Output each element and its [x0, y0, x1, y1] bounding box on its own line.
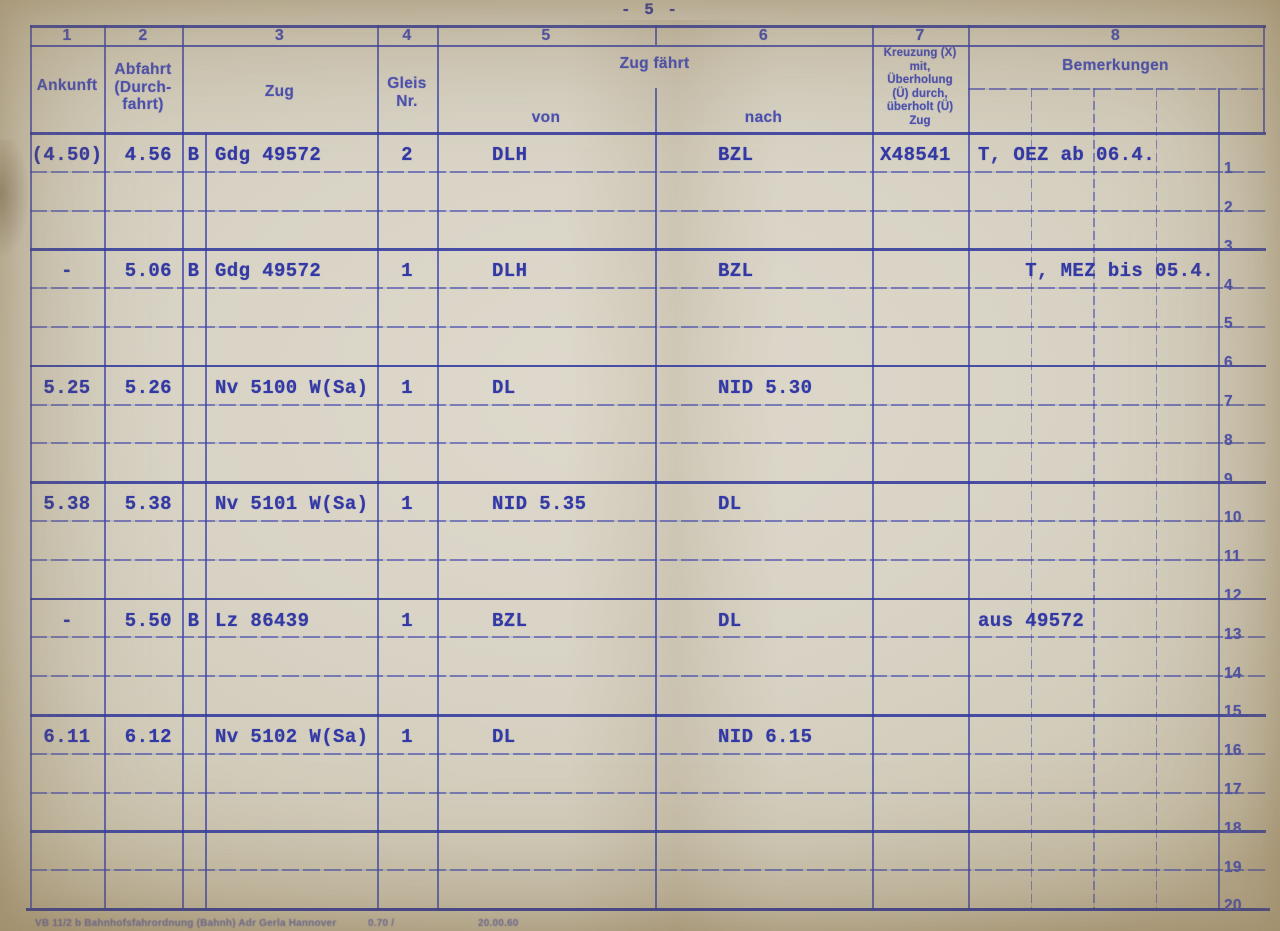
- table-row: 19: [30, 831, 1266, 870]
- cell-zug: Gdg 49572: [205, 133, 377, 172]
- cell-von: DLH: [437, 133, 655, 172]
- cell-gleis: 1: [377, 482, 437, 521]
- header-ankunft: Ankunft: [30, 77, 104, 95]
- table-row: (4.50)4.56BGdg 495722DLHBZLX48541T, OEZ …: [30, 133, 1266, 172]
- cell-zug: Nv 5102 W(Sa): [205, 715, 377, 754]
- grid-vline: [655, 25, 657, 45]
- column-number-8: 8: [968, 25, 1263, 45]
- cell-gleis: 1: [377, 366, 437, 405]
- cell-abfahrt: 5.38: [104, 482, 182, 521]
- cell-b: B: [182, 599, 205, 638]
- table-row: 2: [30, 172, 1266, 211]
- table-row: 20: [30, 870, 1266, 909]
- cell-von: DLH: [437, 249, 655, 288]
- cell-zug: Gdg 49572: [205, 249, 377, 288]
- table-row: 3: [30, 211, 1266, 250]
- cell-gleis: 1: [377, 249, 437, 288]
- page-number: - 5 -: [595, 1, 705, 19]
- cell-abfahrt: 5.26: [104, 366, 182, 405]
- header-abfahrt: Abfahrt (Durch- fahrt): [104, 61, 182, 114]
- header-zug: Zug: [182, 83, 377, 101]
- table-row: 15: [30, 676, 1266, 715]
- column-number-2: 2: [104, 25, 182, 45]
- cell-bemerkung: aus 49572: [968, 599, 1264, 638]
- timetable-form-table: 1 2 3 4 5 6 7 8 Ankunft Abfahrt (Durch- …: [30, 25, 1266, 931]
- cell-von: NID 5.35: [437, 482, 655, 521]
- grid-hline: [30, 45, 1263, 47]
- column-number-6: 6: [655, 25, 872, 45]
- cell-nach: DL: [655, 482, 872, 521]
- column-number-3: 3: [182, 25, 377, 45]
- table-row: 5.255.26Nv 5100 W(Sa)1DLNID 5.307: [30, 366, 1266, 405]
- cell-nach: NID 5.30: [655, 366, 872, 405]
- column-number-1: 1: [30, 25, 104, 45]
- header-zug-faehrt: Zug fährt: [437, 55, 872, 73]
- header-von: von: [437, 109, 655, 127]
- table-row: 8: [30, 405, 1266, 444]
- table-row: 5: [30, 288, 1266, 327]
- scanned-railway-timetable-page: { "page": { "number_label": "- 5 -" }, "…: [0, 0, 1280, 931]
- header-kreuzung-ueberholung: Kreuzung (X) mit, Überholung (Ü) durch, …: [872, 47, 968, 129]
- cell-ankunft: -: [30, 249, 104, 288]
- table-row: 9: [30, 443, 1266, 482]
- cell-ankunft: 5.25: [30, 366, 104, 405]
- table-row: 5.385.38Nv 5101 W(Sa)1NID 5.35DL10: [30, 482, 1266, 521]
- cell-abfahrt: 4.56: [104, 133, 182, 172]
- column-number-7: 7: [872, 25, 968, 45]
- column-number-5: 5: [437, 25, 655, 45]
- cell-gleis: 1: [377, 715, 437, 754]
- column-number-4: 4: [377, 25, 437, 45]
- cell-ankunft: 5.38: [30, 482, 104, 521]
- cell-zug: Lz 86439: [205, 599, 377, 638]
- cell-abfahrt: 6.12: [104, 715, 182, 754]
- grid-hline: [968, 88, 1263, 90]
- cell-gleis: 1: [377, 599, 437, 638]
- grid-hline: [30, 25, 1266, 28]
- cell-nach: DL: [655, 599, 872, 638]
- cell-von: DL: [437, 366, 655, 405]
- cell-von: BZL: [437, 599, 655, 638]
- cell-abfahrt: 5.50: [104, 599, 182, 638]
- header-nach: nach: [655, 109, 872, 127]
- cell-b: B: [182, 249, 205, 288]
- form-imprint-price: 0.70 /: [368, 918, 394, 929]
- cell-ankunft: -: [30, 599, 104, 638]
- table-row: 14: [30, 637, 1266, 676]
- cell-bemerkung: T, OEZ ab 06.4.: [968, 133, 1264, 172]
- row-number: 20: [1224, 898, 1264, 914]
- header-gleis-nr: Gleis Nr.: [377, 75, 437, 110]
- cell-zug: Nv 5101 W(Sa): [205, 482, 377, 521]
- cell-zug: Nv 5100 W(Sa): [205, 366, 377, 405]
- cell-nach: NID 6.15: [655, 715, 872, 754]
- cell-ankunft: (4.50): [30, 133, 104, 172]
- table-row: -5.06BGdg 495721DLHBZL T, MEZ bis 05.4.4: [30, 249, 1266, 288]
- cell-b: B: [182, 133, 205, 172]
- cell-gleis: 2: [377, 133, 437, 172]
- table-row: 12: [30, 560, 1266, 599]
- cell-ankunft: 6.11: [30, 715, 104, 754]
- table-row: 11: [30, 521, 1266, 560]
- cell-bemerkung: T, MEZ bis 05.4.: [968, 249, 1264, 288]
- form-imprint-date: 20.00.60: [478, 918, 519, 929]
- form-imprint-left: VB 11/2 b Bahnhofsfahrordnung (Bahnh) Ad…: [35, 918, 336, 929]
- cell-nach: BZL: [655, 133, 872, 172]
- table-row: -5.50BLz 864391BZLDLaus 4957213: [30, 599, 1266, 638]
- grid-vline: [1263, 25, 1265, 133]
- cell-abfahrt: 5.06: [104, 249, 182, 288]
- cell-nach: BZL: [655, 249, 872, 288]
- table-row: 6.116.12Nv 5102 W(Sa)1DLNID 6.1516: [30, 715, 1266, 754]
- header-bemerkungen: Bemerkungen: [968, 57, 1263, 75]
- table-row: 17: [30, 754, 1266, 793]
- table-row: 6: [30, 327, 1266, 366]
- cell-kreuzung: X48541: [872, 133, 968, 172]
- cell-von: DL: [437, 715, 655, 754]
- table-row: 18: [30, 793, 1266, 832]
